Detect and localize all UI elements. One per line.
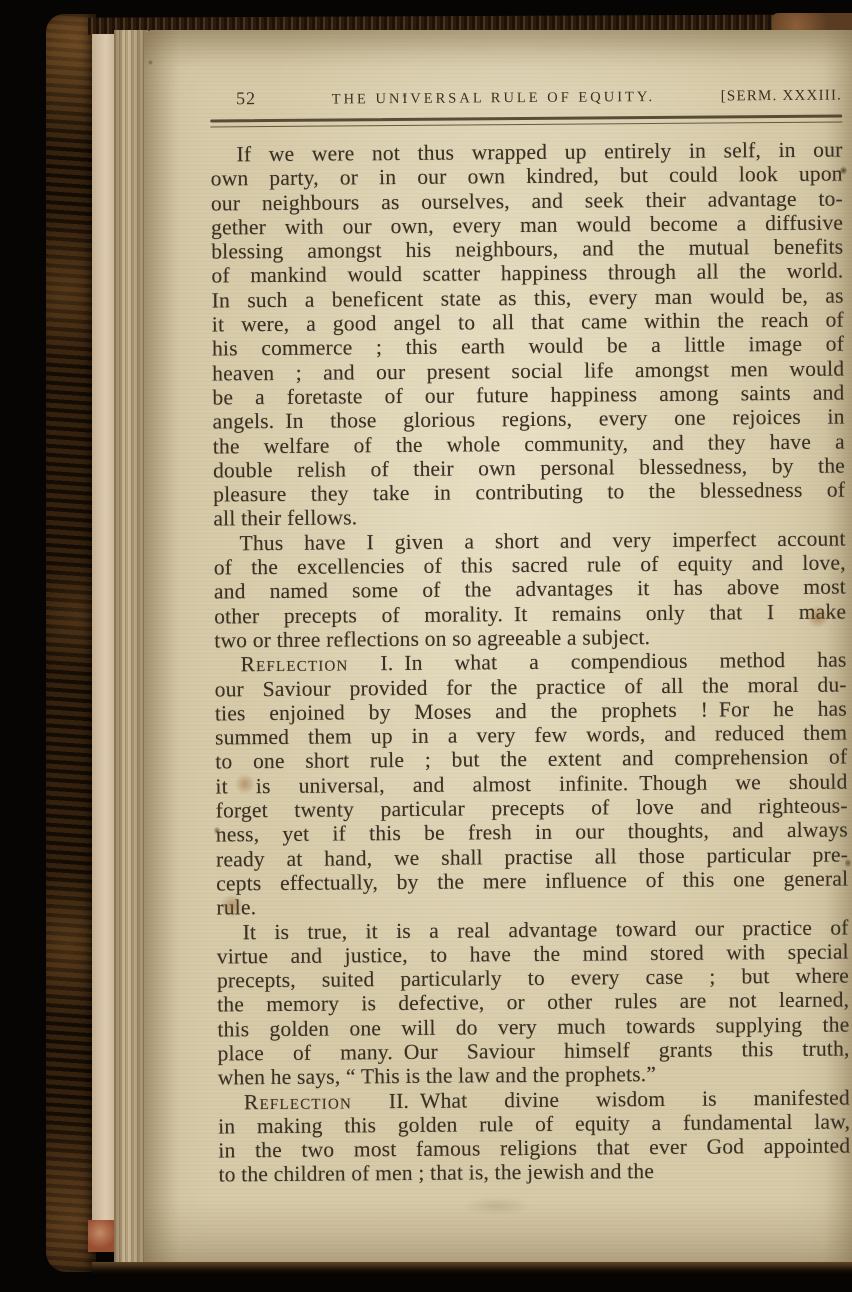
printed-content: 52 THE UNIVERSAL RULE OF EQUITY. [SERM. … [210, 84, 851, 1188]
running-title: THE UNIVERSAL RULE OF EQUITY. [266, 88, 721, 109]
paragraph: If we were not thus wrapped up entirely … [210, 138, 845, 532]
book-cover-spine-edge [46, 14, 96, 1272]
page-header: 52 THE UNIVERSAL RULE OF EQUITY. [SERM. … [210, 84, 842, 113]
text-line: to the children of men ; that is, the je… [218, 1158, 850, 1187]
page-number: 52 [210, 88, 266, 109]
scanned-book-photo: 52 THE UNIVERSAL RULE OF EQUITY. [SERM. … [0, 0, 852, 1292]
text-line: other precepts of morality. It remains o… [214, 599, 846, 628]
page-bottom-edge-shadow [92, 1262, 852, 1274]
rule-thin [210, 121, 842, 127]
page-edge-stack [114, 30, 148, 1262]
smallcaps-word: Reflection [244, 1089, 352, 1114]
header-double-rule [210, 115, 842, 128]
smallcaps-word: Reflection [240, 652, 348, 677]
paragraph: It is true, it is a real advantage towar… [217, 915, 850, 1090]
paragraph: Reflection II. What divine wisdom is man… [218, 1085, 851, 1187]
endpaper-edge [92, 34, 116, 1252]
sermon-reference: [SERM. XXXIII. [721, 88, 843, 106]
paragraph: Reflection I. In what a compendious meth… [214, 648, 848, 920]
book-page: 52 THE UNIVERSAL RULE OF EQUITY. [SERM. … [144, 30, 852, 1262]
text-block: If we were not thus wrapped up entirely … [210, 138, 850, 1188]
paragraph: Thus have I given a short and very imper… [213, 526, 846, 652]
